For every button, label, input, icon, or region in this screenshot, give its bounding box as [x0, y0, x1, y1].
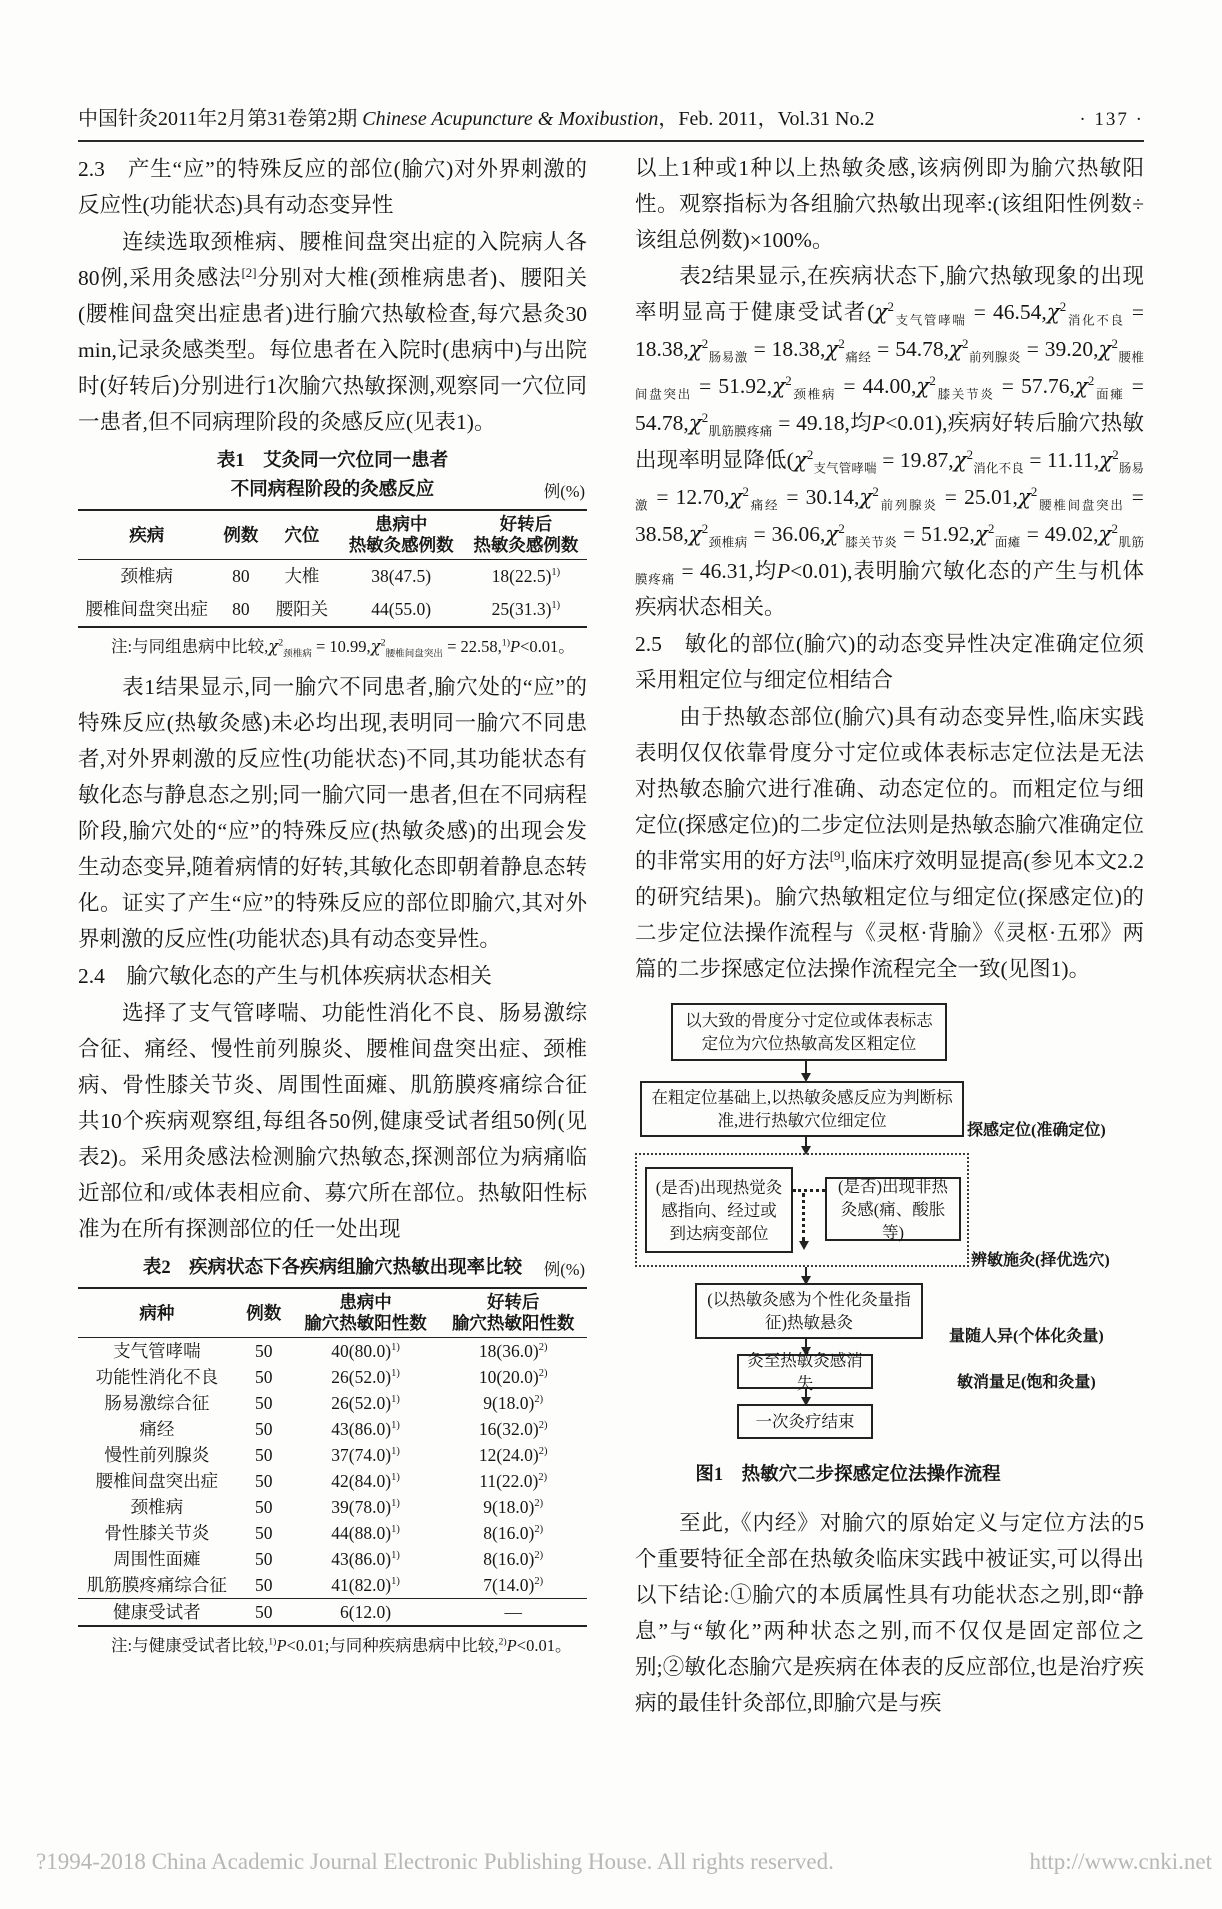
col-header-after-line1: 好转后 — [441, 1292, 585, 1313]
cell-after-value: 18(22.5) — [492, 566, 552, 586]
cell-value: 50 — [255, 1367, 273, 1387]
table-row: 腰椎间盘突出症 80 腰阳关 44(55.0) 25(31.3)1) — [78, 593, 587, 627]
cell-value: 18(36.0) — [479, 1341, 539, 1361]
table-row: 周围性面瘫5043(86.0)1)8(16.0)2) — [78, 1546, 587, 1572]
cell-n: 50 — [236, 1599, 292, 1627]
cell-value: — — [504, 1602, 522, 1622]
cell-value: 50 — [255, 1497, 273, 1517]
cell-after: 16(32.0)2) — [439, 1416, 587, 1442]
col-header-n: 例数 — [215, 510, 266, 560]
cell-n: 50 — [236, 1338, 292, 1365]
cell-during: 37(74.0)1) — [292, 1442, 440, 1468]
section-2-4-heading: 2.4 腧穴敏化态的产生与机体疾病状态相关 — [78, 958, 587, 994]
cell-superscript: 2) — [539, 1342, 548, 1353]
cell-superscript: 1) — [391, 1472, 400, 1483]
table-row: 慢性前列腺炎5037(74.0)1)12(24.0)2) — [78, 1442, 587, 1468]
figure-1-flowchart: 以大致的骨度分寸定位或体表标志定位为穴位热敏高发区粗定位 在粗定位基础上,以热敏… — [635, 997, 1144, 1449]
arrow-down-icon — [805, 1267, 807, 1276]
cell-after-sup: 1) — [551, 567, 560, 578]
col-header-after-line2: 腧穴热敏阳性数 — [441, 1313, 585, 1334]
table-1-title-line1: 表1 艾灸同一穴位同一患者 — [78, 447, 587, 476]
para-2-3: 连续选取颈椎病、腰椎间盘突出症的入院病人各80例,采用灸感法[2]分别对大椎(颈… — [78, 224, 587, 440]
cell-during-value: 44(55.0) — [371, 599, 431, 619]
figure-1-caption: 图1 热敏穴二步探感定位法操作流程 — [635, 1457, 1061, 1493]
arrow-down-icon — [805, 1137, 807, 1146]
table-2-body: 支气管哮喘5040(80.0)1)18(36.0)2)功能性消化不良5026(5… — [78, 1338, 587, 1627]
cell-after: 8(16.0)2) — [439, 1520, 587, 1546]
journal-page: 中国针灸2011年2月第31卷第2期 Chinese Acupuncture &… — [0, 0, 1222, 1909]
cell-superscript: 2) — [538, 1472, 547, 1483]
two-column-body: 2.3 产生“应”的特殊反应的部位(腧穴)对外界刺激的反应性(功能状态)具有动态… — [78, 150, 1144, 1721]
cell-value: 8(16.0) — [483, 1523, 534, 1543]
cell-value: 痛经 — [139, 1419, 174, 1439]
col-header-n: 例数 — [236, 1288, 292, 1338]
cell-value: 37(74.0) — [331, 1445, 391, 1465]
cell-superscript: 1) — [391, 1368, 400, 1379]
cell-value: 健康受试者 — [113, 1602, 201, 1622]
cell-n: 50 — [236, 1364, 292, 1390]
cell-after: 11(22.0)2) — [439, 1468, 587, 1494]
cell-during: 6(12.0) — [292, 1599, 440, 1627]
flow-box-nonheat-sensation: (是否)出现非热灸感(痛、酸胀等) — [825, 1177, 961, 1241]
cell-value: 39(78.0) — [331, 1497, 391, 1517]
cell-name: 健康受试者 — [78, 1599, 236, 1627]
cell-during-value: 38(47.5) — [371, 566, 431, 586]
dotted-arrow-down-icon — [802, 1193, 805, 1241]
cell-n: 50 — [236, 1416, 292, 1442]
table-row: 肌筋膜疼痛综合征5041(82.0)1)7(14.0)2) — [78, 1572, 587, 1599]
cell-after-sup: 1) — [551, 600, 560, 611]
col-header-after: 好转后 热敏灸感例数 — [465, 510, 587, 560]
page-footer: ?1994-2018 China Academic Journal Electr… — [36, 1849, 1212, 1875]
flow-box-heat-sensation: (是否)出现热觉灸感指向、经过或到达病变部位 — [645, 1167, 793, 1253]
right-column: 以上1种或1种以上热敏灸感,该病例即为腧穴热敏阳性。观察指标为各组腧穴热敏出现率… — [635, 150, 1144, 1721]
cell-value: 7(14.0) — [483, 1575, 534, 1595]
cell-point: 大椎 — [266, 560, 337, 594]
table-row: 颈椎病5039(78.0)1)9(18.0)2) — [78, 1494, 587, 1520]
col-header-during-line2: 热敏灸感例数 — [340, 535, 463, 556]
cell-during: 41(82.0)1) — [292, 1572, 440, 1599]
table-2: 病种 例数 患病中 腧穴热敏阳性数 好转后 腧穴热敏阳性数 — [78, 1287, 587, 1627]
cell-superscript: 1) — [391, 1342, 400, 1353]
cell-point: 腰阳关 — [266, 593, 337, 627]
cell-value: 50 — [255, 1602, 273, 1622]
para-2-5: 由于热敏态部位(腧穴)具有动态变异性,临床实践表明仅仅依靠骨度分寸定位或体表标志… — [635, 699, 1144, 987]
cell-value: 8(16.0) — [483, 1549, 534, 1569]
col-header-disease: 疾病 — [78, 510, 215, 560]
cell-value: 50 — [255, 1341, 273, 1361]
cell-after-value: 25(31.3) — [492, 599, 552, 619]
cell-during: 43(86.0)1) — [292, 1416, 440, 1442]
flow-label-individual-dose: 量随人异(个体化灸量) — [949, 1325, 1104, 1348]
cell-superscript: 2) — [539, 1446, 548, 1457]
cell-value: 颈椎病 — [131, 1497, 184, 1517]
table-2-title-text: 表2 疾病状态下各疾病组腧穴热敏出现率比较 — [143, 1258, 522, 1278]
issue-info: ，Feb. 2011，Vol.31 No.2 — [658, 108, 874, 130]
cell-value: 9(18.0) — [483, 1497, 534, 1517]
table-1-block: 表1 艾灸同一穴位同一患者 不同病程阶段的灸感反应 例(%) 疾病 例数 穴位 … — [78, 447, 587, 660]
cell-n: 50 — [236, 1546, 292, 1572]
cell-after: 7(14.0)2) — [439, 1572, 587, 1599]
para-table1-result: 表1结果显示,同一腧穴不同患者,腧穴处的“应”的特殊反应(热敏灸感)未必均出现,… — [78, 669, 587, 957]
cell-name: 痛经 — [78, 1416, 236, 1442]
cell-value: 43(86.0) — [331, 1419, 391, 1439]
cell-n: 50 — [236, 1494, 292, 1520]
table-2-block: 表2 疾病状态下各疾病组腧穴热敏出现率比较 例(%) 病种 例数 患病中 腧穴热… — [78, 1254, 587, 1659]
cell-superscript: 2) — [539, 1420, 548, 1431]
cell-during: 43(86.0)1) — [292, 1546, 440, 1572]
cell-superscript: 1) — [391, 1524, 400, 1535]
cell-during: 42(84.0)1) — [292, 1468, 440, 1494]
cell-value: 支气管哮喘 — [113, 1341, 201, 1361]
cell-n: 50 — [236, 1442, 292, 1468]
table-1-unit: 例(%) — [544, 477, 585, 506]
cell-superscript: 2) — [539, 1368, 548, 1379]
cell-n: 80 — [215, 593, 266, 627]
cell-value: 6(12.0) — [340, 1602, 391, 1622]
cell-after: 8(16.0)2) — [439, 1546, 587, 1572]
cell-value: 50 — [255, 1549, 273, 1569]
flow-box-session-end: 一次灸疗结束 — [737, 1404, 873, 1439]
table-1-title-line2: 不同病程阶段的灸感反应 例(%) — [78, 476, 587, 505]
cell-n: 50 — [236, 1520, 292, 1546]
cell-value: 50 — [255, 1445, 273, 1465]
col-header-during: 患病中 热敏灸感例数 — [338, 510, 465, 560]
cell-value: 42(84.0) — [331, 1471, 391, 1491]
para-2-4: 选择了支气管哮喘、功能性消化不良、肠易激综合征、痛经、慢性前列腺炎、腰椎间盘突出… — [78, 995, 587, 1247]
table-1-title-text: 不同病程阶段的灸感反应 — [231, 480, 435, 500]
cell-name: 骨性膝关节炎 — [78, 1520, 236, 1546]
cell-value: 慢性前列腺炎 — [104, 1445, 209, 1465]
journal-title-en: Chinese Acupuncture & Moxibustion — [362, 108, 658, 130]
col-header-after-line1: 好转后 — [467, 514, 585, 535]
table-1-note: 注:与同组患病中比较,χ2颈椎病 = 10.99,χ2腰椎间盘突出 = 22.5… — [78, 633, 587, 660]
table-1: 疾病 例数 穴位 患病中 热敏灸感例数 好转后 热敏灸感例数 — [78, 509, 587, 628]
cell-value: 12(24.0) — [479, 1445, 539, 1465]
page-number: · 137 · — [1079, 109, 1144, 131]
left-column: 2.3 产生“应”的特殊反应的部位(腧穴)对外界刺激的反应性(功能状态)具有动态… — [78, 150, 587, 1721]
cell-value: 10(20.0) — [479, 1367, 539, 1387]
col-header-point: 穴位 — [266, 510, 337, 560]
cell-superscript: 2) — [534, 1498, 543, 1509]
table-row: 颈椎病 80 大椎 38(47.5) 18(22.5)1) — [78, 560, 587, 594]
cell-after: 18(22.5)1) — [465, 560, 587, 594]
para-continuation: 以上1种或1种以上热敏灸感,该病例即为腧穴热敏阳性。观察指标为各组腧穴热敏出现率… — [635, 150, 1144, 258]
cell-n: 50 — [236, 1572, 292, 1599]
cell-name: 功能性消化不良 — [78, 1364, 236, 1390]
cell-during: 40(80.0)1) — [292, 1338, 440, 1365]
col-header-during-line1: 患病中 — [294, 1292, 438, 1313]
arrow-down-icon — [805, 1061, 807, 1073]
table-2-title: 表2 疾病状态下各疾病组腧穴热敏出现率比较 例(%) — [78, 1254, 587, 1283]
col-header-during-line2: 腧穴热敏阳性数 — [294, 1313, 438, 1334]
table-1-body: 颈椎病 80 大椎 38(47.5) 18(22.5)1) 腰椎间盘突出症 80… — [78, 560, 587, 628]
cell-after: 9(18.0)2) — [439, 1390, 587, 1416]
cell-value: 周围性面瘫 — [113, 1549, 201, 1569]
cell-name: 颈椎病 — [78, 1494, 236, 1520]
cell-superscript: 2) — [534, 1576, 543, 1587]
flow-box-fine-location: 在粗定位基础上,以热敏灸感反应为判断标准,进行热敏穴位细定位 — [640, 1081, 964, 1137]
cell-value: 功能性消化不良 — [96, 1367, 219, 1387]
cell-value: 11(22.0) — [479, 1471, 538, 1491]
cnki-url: http://www.cnki.net — [1030, 1849, 1212, 1875]
cell-value: 43(86.0) — [331, 1549, 391, 1569]
col-header-during: 患病中 腧穴热敏阳性数 — [292, 1288, 440, 1338]
cell-superscript: 1) — [391, 1420, 400, 1431]
table-2-head: 病种 例数 患病中 腧穴热敏阳性数 好转后 腧穴热敏阳性数 — [78, 1288, 587, 1338]
col-header-during-line1: 患病中 — [340, 514, 463, 535]
cell-value: 44(88.0) — [331, 1523, 391, 1543]
cell-after: 12(24.0)2) — [439, 1442, 587, 1468]
cell-n: 80 — [215, 560, 266, 594]
cell-superscript: 1) — [391, 1394, 400, 1405]
cell-name: 肠易激综合征 — [78, 1390, 236, 1416]
cell-name: 支气管哮喘 — [78, 1338, 236, 1365]
cell-value: 26(52.0) — [331, 1393, 391, 1413]
cell-value: 40(80.0) — [331, 1341, 391, 1361]
cell-after: — — [439, 1599, 587, 1627]
dotted-connector-icon — [793, 1189, 825, 1192]
flow-label-probe-location: 探感定位(准确定位) — [967, 1119, 1106, 1142]
cell-during: 44(55.0) — [338, 593, 465, 627]
cell-value: 50 — [255, 1575, 273, 1595]
cell-after: 10(20.0)2) — [439, 1364, 587, 1390]
flow-box-until-disappear: 灸至热敏灸感消失 — [737, 1354, 873, 1389]
cell-during: 44(88.0)1) — [292, 1520, 440, 1546]
cell-value: 肠易激综合征 — [104, 1393, 209, 1413]
table-row: 腰椎间盘突出症5042(84.0)1)11(22.0)2) — [78, 1468, 587, 1494]
table-2-note: 注:与健康受试者比较,1)P<0.01;与同种疾病患病中比较,2)P<0.01。 — [78, 1632, 587, 1659]
cell-value: 16(32.0) — [479, 1419, 539, 1439]
cell-superscript: 1) — [391, 1498, 400, 1509]
cell-value: 9(18.0) — [483, 1393, 534, 1413]
cell-disease: 腰椎间盘突出症 — [78, 593, 215, 627]
page-header: 中国针灸2011年2月第31卷第2期 Chinese Acupuncture &… — [78, 102, 1144, 142]
cell-after: 9(18.0)2) — [439, 1494, 587, 1520]
cell-value: 肌筋膜疼痛综合征 — [87, 1575, 227, 1595]
cell-name: 慢性前列腺炎 — [78, 1442, 236, 1468]
section-2-5-heading: 2.5 敏化的部位(腧穴)的动态变异性决定准确定位须采用粗定位与细定位相结合 — [635, 626, 1144, 698]
cell-n: 50 — [236, 1390, 292, 1416]
flow-box-suspended-moxa: (以热敏灸感为个性化灸量指征)热敏悬灸 — [695, 1283, 923, 1339]
cell-superscript: 1) — [391, 1446, 400, 1457]
col-header-disease: 病种 — [78, 1288, 236, 1338]
table-row: 肠易激综合征5026(52.0)1)9(18.0)2) — [78, 1390, 587, 1416]
col-header-after-line2: 热敏灸感例数 — [467, 535, 585, 556]
cell-name: 周围性面瘫 — [78, 1546, 236, 1572]
cell-name: 肌筋膜疼痛综合征 — [78, 1572, 236, 1599]
journal-title-cn: 中国针灸2011年2月第31卷第2期 — [78, 108, 362, 130]
cell-during: 26(52.0)1) — [292, 1364, 440, 1390]
cell-value: 50 — [255, 1471, 273, 1491]
arrow-down-icon — [805, 1339, 807, 1347]
cell-value: 50 — [255, 1419, 273, 1439]
cell-value: 26(52.0) — [331, 1367, 391, 1387]
cell-value: 50 — [255, 1523, 273, 1543]
cell-superscript: 1) — [391, 1550, 400, 1561]
cell-n: 50 — [236, 1468, 292, 1494]
section-2-3-heading: 2.3 产生“应”的特殊反应的部位(腧穴)对外界刺激的反应性(功能状态)具有动态… — [78, 151, 587, 223]
para-table2-result: 表2结果显示,在疾病状态下,腧穴热敏现象的出现率明显高于健康受试者(χ2支气管哮… — [635, 258, 1144, 625]
cell-after: 18(36.0)2) — [439, 1338, 587, 1365]
flow-box-coarse-location: 以大致的骨度分寸定位或体表标志定位为穴位热敏高发区粗定位 — [671, 1003, 947, 1061]
cell-superscript: 1) — [391, 1576, 400, 1587]
cell-superscript: 2) — [534, 1524, 543, 1535]
table-row: 功能性消化不良5026(52.0)1)10(20.0)2) — [78, 1364, 587, 1390]
para-conclusion: 至此,《内经》对腧穴的原始定义与定位方法的5个重要特征全部在热敏灸临床实践中被证… — [635, 1505, 1144, 1721]
arrow-down-icon — [805, 1389, 807, 1397]
cell-superscript: 2) — [534, 1550, 543, 1561]
table-row: 健康受试者506(12.0)— — [78, 1599, 587, 1627]
col-header-after: 好转后 腧穴热敏阳性数 — [439, 1288, 587, 1338]
table-row: 痛经5043(86.0)1)16(32.0)2) — [78, 1416, 587, 1442]
journal-citation: 中国针灸2011年2月第31卷第2期 Chinese Acupuncture &… — [78, 102, 874, 131]
cell-during: 26(52.0)1) — [292, 1390, 440, 1416]
cell-value: 50 — [255, 1393, 273, 1413]
cell-disease: 颈椎病 — [78, 560, 215, 594]
cell-value: 腰椎间盘突出症 — [96, 1471, 219, 1491]
cell-value: 骨性膝关节炎 — [104, 1523, 209, 1543]
table-2-unit: 例(%) — [544, 1255, 585, 1284]
cell-during: 39(78.0)1) — [292, 1494, 440, 1520]
table-row: 骨性膝关节炎5044(88.0)1)8(16.0)2) — [78, 1520, 587, 1546]
cell-name: 腰椎间盘突出症 — [78, 1468, 236, 1494]
flow-label-saturated-dose: 敏消量足(饱和灸量) — [957, 1371, 1096, 1394]
table-row: 支气管哮喘5040(80.0)1)18(36.0)2) — [78, 1338, 587, 1365]
cell-superscript: 2) — [534, 1394, 543, 1405]
flow-label-select-moxa: 辨敏施灸(择优选穴) — [971, 1249, 1110, 1272]
table-1-head: 疾病 例数 穴位 患病中 热敏灸感例数 好转后 热敏灸感例数 — [78, 510, 587, 560]
cell-after: 25(31.3)1) — [465, 593, 587, 627]
cell-during: 38(47.5) — [338, 560, 465, 594]
cell-value: 41(82.0) — [331, 1575, 391, 1595]
copyright-notice: ?1994-2018 China Academic Journal Electr… — [36, 1849, 834, 1875]
